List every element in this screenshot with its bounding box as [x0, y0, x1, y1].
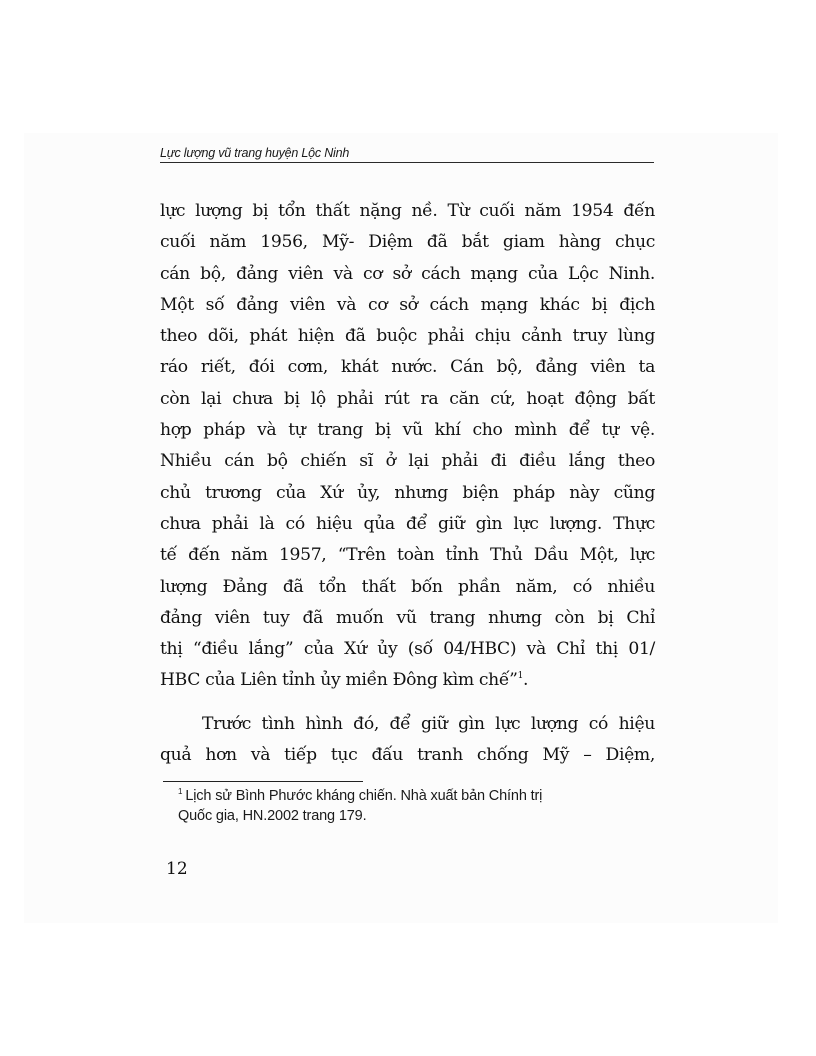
footnote-line: 1Lịch sử Bình Phước kháng chiến. Nhà xuấ…: [178, 786, 658, 806]
footnote: 1Lịch sử Bình Phước kháng chiến. Nhà xuấ…: [178, 786, 658, 826]
paragraph-1: lực lượng bị tổn thất nặng nề. Từ cuối n…: [160, 196, 655, 697]
text-line: lượng Đảng đã tổn thất bốn phần năm, có …: [160, 572, 655, 603]
body-text: lực lượng bị tổn thất nặng nề. Từ cuối n…: [160, 196, 655, 771]
text-line: còn lại chưa bị lộ phải rút ra căn cứ, h…: [160, 384, 655, 415]
text-line: Trước tình hình đó, để giữ gìn lực lượng…: [160, 709, 655, 740]
text-line: tế đến năm 1957, “Trên toàn tỉnh Thủ Dầu…: [160, 540, 655, 571]
text-line: Nhiều cán bộ chiến sĩ ở lại phải đi điều…: [160, 446, 655, 477]
text-line: chủ trương của Xứ ủy, nhưng biện pháp nà…: [160, 478, 655, 509]
text-line-last: HBC của Liên tỉnh ủy miền Đông kìm chế”1…: [160, 665, 655, 696]
text-line: quả hơn và tiếp tục đấu tranh chống Mỹ –…: [160, 740, 655, 771]
text-line: thị “điều lắng” của Xứ ủy (số 04/HBC) và…: [160, 634, 655, 665]
text-line: đảng viên tuy đã muốn vũ trang nhưng còn…: [160, 603, 655, 634]
sentence-end: .: [523, 670, 528, 690]
text-line: cuối năm 1956, Mỹ- Diệm đã bắt giam hàng…: [160, 227, 655, 258]
footnote-rule: [163, 781, 363, 782]
text-line: cán bộ, đảng viên và cơ sở cách mạng của…: [160, 259, 655, 290]
footnote-text: Lịch sử Bình Phước kháng chiến. Nhà xuất…: [185, 788, 542, 804]
text-line: Một số đảng viên và cơ sở cách mạng khác…: [160, 290, 655, 321]
paragraph-2: Trước tình hình đó, để giữ gìn lực lượng…: [160, 709, 655, 772]
footnote-line: Quốc gia, HN.2002 trang 179.: [178, 806, 658, 826]
footnote-marker: 1: [178, 787, 182, 796]
text-line: chưa phải là có hiệu qủa để giữ gìn lực …: [160, 509, 655, 540]
text-line: hợp pháp và tự trang bị vũ khí cho mình …: [160, 415, 655, 446]
text-line: theo dõi, phát hiện đã buộc phải chịu cả…: [160, 321, 655, 352]
text-line-content: HBC của Liên tỉnh ủy miền Đông kìm chế”: [160, 670, 518, 690]
page-number: 12: [166, 859, 188, 879]
header-rule: [160, 162, 654, 163]
running-header: Lực lượng vũ trang huyện Lộc Ninh: [160, 146, 654, 160]
text-line: lực lượng bị tổn thất nặng nề. Từ cuối n…: [160, 196, 655, 227]
text-line: ráo riết, đói cơm, khát nước. Cán bộ, đả…: [160, 352, 655, 383]
